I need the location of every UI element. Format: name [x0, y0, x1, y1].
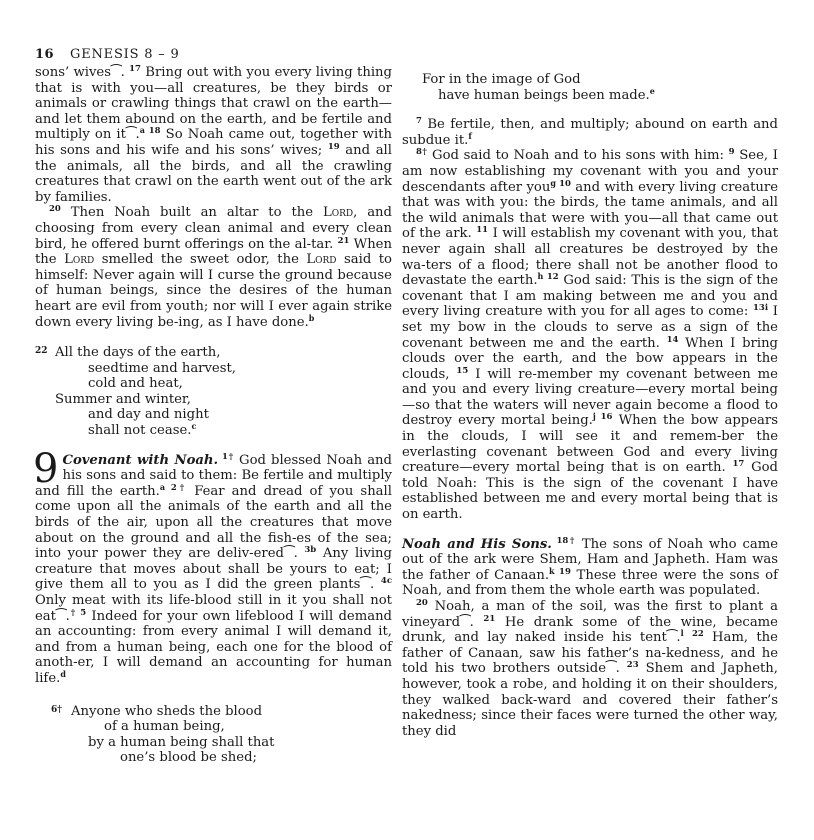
running-head: 16 GENESIS 8 – 9: [35, 47, 180, 62]
insertion-mark-icon: ⁀: [284, 546, 294, 561]
poetry-line: 6†Anyone who sheds the blood: [35, 703, 392, 720]
paragraph-gen-8-20: 20 Then Noah built an altar to the Lord,…: [35, 205, 392, 330]
verse-number: 22: [35, 344, 55, 360]
text: .: [294, 546, 305, 561]
verse-number: 12: [543, 272, 558, 282]
verse-number: 1†: [218, 452, 234, 462]
verse-number: 10: [556, 179, 571, 189]
poetry-line: one’s blood be shed;: [35, 750, 392, 766]
section-heading: Noah and His Sons.: [402, 537, 552, 552]
text: .: [616, 661, 627, 676]
verse-number: 15: [456, 366, 468, 376]
verse-number: 13i: [753, 303, 768, 313]
insertion-mark-icon: ⁀: [460, 615, 470, 630]
paragraph-gen-9-7: 7 Be fertile, then, and multiply; abound…: [402, 117, 778, 148]
verse-number: 16: [596, 412, 613, 422]
verse-number: 8†: [416, 147, 427, 157]
verse-number: 23: [627, 660, 639, 670]
book-chapter-range: GENESIS 8 – 9: [70, 47, 180, 62]
footnote-ref[interactable]: c: [192, 421, 197, 431]
paragraph-gen-9-1: 9Covenant with Noah. 1† God blessed Noah…: [35, 453, 392, 687]
text: Then Noah built an altar to the: [61, 205, 323, 220]
divine-name: Lord: [306, 252, 336, 267]
verse-number: 17: [129, 64, 141, 74]
verse-number: 19: [555, 567, 571, 577]
insertion-mark-icon: ⁀: [606, 661, 616, 676]
verse-number: 20: [416, 598, 428, 608]
insertion-mark-icon: ⁀: [126, 127, 136, 142]
poetry-gen-8-22: 22All the days of the earth, seedtime an…: [35, 344, 392, 439]
divine-name: Lord: [323, 205, 353, 220]
footnote-ref[interactable]: b: [309, 313, 315, 323]
text: All the days of the earth,: [55, 345, 220, 360]
page-number: 16: [35, 47, 65, 62]
verse-number: 3b: [304, 545, 316, 555]
poetry-line: Summer and winter,: [35, 392, 392, 408]
text: .: [470, 615, 484, 630]
poetry-line: shall not cease.c: [35, 423, 392, 439]
verse-number: 17: [732, 459, 744, 469]
paragraph-gen-9-18: Noah and His Sons. 18† The sons of Noah …: [402, 537, 778, 599]
verse-number: 21: [338, 236, 350, 246]
insertion-mark-icon: ⁀: [111, 65, 121, 80]
left-column: sons’ wives⁀. 17 Bring out with you ever…: [35, 65, 392, 780]
verse-number: 20: [49, 204, 61, 214]
text: .: [370, 577, 381, 592]
verse-number: 19: [328, 142, 340, 152]
text: .: [121, 65, 130, 80]
insertion-mark-icon: ⁀: [56, 609, 66, 624]
paragraph-gen-9-20: 20 Noah, a man of the soil, was the firs…: [402, 599, 778, 739]
poetry-line: have human beings been made.e: [402, 88, 778, 104]
verse-number: † 5: [70, 608, 86, 618]
chapter-number-dropcap: 9: [33, 454, 58, 484]
footnote-ref[interactable]: f: [468, 131, 471, 141]
bible-page: 16 GENESIS 8 – 9 sons’ wives⁀. 17 Bring …: [0, 0, 814, 840]
poetry-gen-9-6: 6†Anyone who sheds the blood of a human …: [35, 703, 392, 766]
verse-number: 21: [483, 614, 495, 624]
right-column: For in the image of God have human being…: [402, 72, 778, 739]
insertion-mark-icon: ⁀: [360, 577, 370, 592]
verse-number: 18: [145, 126, 161, 136]
text: shall not cease.: [88, 423, 192, 438]
insertion-mark-icon: ⁀: [667, 630, 677, 645]
text: Be fertile, then, and multiply; abound o…: [402, 117, 778, 148]
footnote-ref[interactable]: l: [681, 628, 684, 638]
text: God said to Noah and to his sons with hi…: [427, 148, 728, 163]
verse-number: 11: [476, 225, 488, 235]
poetry-line: seedtime and harvest,: [35, 361, 392, 377]
poetry-line: of a human being,: [35, 719, 392, 735]
poetry-line: cold and heat,: [35, 376, 392, 392]
poetry-line: For in the image of God: [402, 72, 778, 88]
text: smelled the sweet odor, the: [94, 252, 306, 267]
text: have human beings been made.: [438, 88, 650, 103]
text: sons’ wives: [35, 65, 111, 80]
paragraph-gen-9-8: 8† God said to Noah and to his sons with…: [402, 148, 778, 522]
poetry-line: and day and night: [35, 407, 392, 423]
poetry-line: 22All the days of the earth,: [35, 344, 392, 361]
footnote-ref[interactable]: e: [650, 86, 655, 96]
verse-number: 4c: [381, 576, 392, 586]
footnote-ref[interactable]: d: [60, 669, 66, 679]
verse-number: 22: [692, 629, 704, 639]
divine-name: Lord: [64, 252, 94, 267]
verse-number: 2†: [165, 483, 187, 493]
text: Indeed for your own lifeblood I will dem…: [35, 609, 392, 686]
poetry-gen-9-6-cont: For in the image of God have human being…: [402, 72, 778, 103]
verse-number: 18†: [552, 536, 576, 546]
verse-number: 6†: [51, 703, 71, 719]
verse-number: 14: [667, 335, 679, 345]
paragraph-gen-8-17: sons’ wives⁀. 17 Bring out with you ever…: [35, 65, 392, 205]
text: Anyone who sheds the blood: [71, 704, 262, 719]
section-heading: Covenant with Noah.: [62, 453, 218, 468]
poetry-line: by a human being shall that: [35, 735, 392, 751]
